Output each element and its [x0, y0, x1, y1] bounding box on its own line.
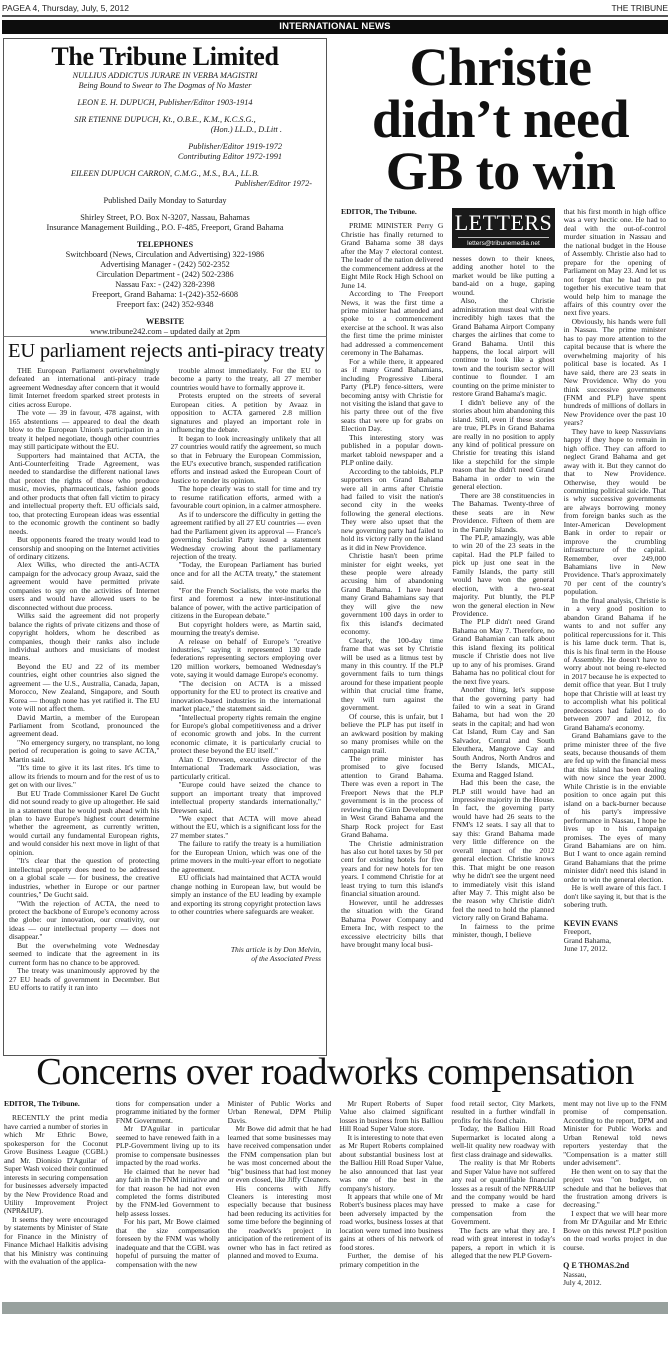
concerns-headline: Concerns over roadworks compensation [0, 1052, 670, 1092]
paragraph: RECENTLY the print media have carried a … [4, 1114, 108, 1215]
paragraph: ment may not live up to the FNM promise … [563, 1100, 667, 1168]
paragraph: But opponents feared the treaty would le… [9, 536, 160, 561]
christie-letter: Christie didn’t need GB to win EDITOR, T… [333, 38, 668, 1048]
paragraph: Christie hasn't been prime minister for … [341, 552, 443, 637]
paragraph: I didn't believe any of the stories abou… [452, 399, 554, 492]
paragraph: He claimed that he never had any faith i… [116, 1168, 220, 1219]
paragraph: But EU Trade Commissioner Karel De Gucht… [9, 790, 160, 858]
telephone-line: Nassau Fax: - (242) 328-2398 [4, 280, 326, 290]
paragraph: Of course, this is unfair, but I believe… [341, 713, 443, 755]
paragraph: Wilks said the agreement did not properl… [9, 612, 160, 663]
letters-email-link[interactable]: letters@tribunemedia.net [454, 240, 552, 248]
paragraph: THE European Parliament overwhelmingly d… [9, 367, 160, 409]
telephone-line: Switchboard (News, Circulation and Adver… [4, 250, 326, 260]
folio-publication: THE TRIBUNE [611, 3, 668, 13]
christie-column-2: LETTERS letters@tribunemedia.net nesses … [452, 208, 554, 1048]
paragraph: The treaty was unanimously approved by t… [9, 967, 160, 992]
paragraph: Protests erupted on the streets of sever… [171, 392, 322, 434]
eu-story-column-1: THE European Parliament overwhelmingly d… [9, 367, 160, 1051]
paragraph: Today, the Balliou Hill Road Supermarket… [451, 1125, 555, 1159]
paragraph: The failure to ratify the treaty is a hu… [171, 840, 322, 874]
etienne-line-4: Contributing Editor 1972-1991 [4, 152, 326, 162]
concerns-column-6: ment may not live up to the FNM promise … [563, 1100, 667, 1292]
paragraph: In the final analysis, Christie is in a … [564, 597, 666, 732]
paragraph: His concerns with Jiffy Cleaners is inte… [228, 1185, 332, 1261]
concerns-letter: Concerns over roadworks compensation EDI… [0, 1052, 670, 1292]
paragraph: "Europe could have seized the chance to … [171, 781, 322, 815]
paragraph: Further, the demise of his primary compe… [339, 1252, 443, 1269]
paragraph: nesses down to their knees, adding anoth… [452, 255, 554, 297]
paragraph: "For the French Socialists, the vote mar… [171, 587, 322, 621]
signature-date: July 4, 2012. [563, 1279, 667, 1287]
paragraph: Mr D'Aguilar in particular seemed to hav… [116, 1125, 220, 1167]
founder-line: LEON E. H. DUPUCH, Publisher/Editor 1903… [4, 98, 326, 108]
masthead-title: The Tribune Limited [4, 43, 326, 71]
folio-divider [2, 15, 668, 17]
paragraph: "It's time to give it its last rites. It… [9, 764, 160, 789]
paragraph: "We expect that ACTA will move ahead wit… [171, 815, 322, 840]
paragraph: trouble almost immediately. For the EU t… [171, 367, 322, 392]
paragraph: The hope clearly was to stall for time a… [171, 485, 322, 510]
letters-logo: LETTERS letters@tribunemedia.net [452, 208, 554, 248]
paragraph: The PLP didn't need Grand Bahama on May … [452, 618, 554, 686]
paragraph: The prime minister has promised to give … [341, 755, 443, 840]
address-freeport: Insurance Management Building., P.O. F-4… [4, 223, 326, 233]
paragraph: This interesting story was published in … [341, 434, 443, 468]
paragraph: The Christie administration has also cut… [341, 840, 443, 899]
concerns-column-3: Minister of Public Works and Urban Renew… [228, 1100, 332, 1292]
christie-column-1: EDITOR, The Tribune. PRIME MINISTER Perr… [341, 208, 443, 1048]
eileen-line-2: Publisher/Editor 1972- [4, 179, 326, 189]
headline-line: GB to win [333, 145, 668, 197]
paragraph: Grand Bahamians gave to the prime minist… [564, 732, 666, 884]
paragraph: They have to keep Nassuvians happy if th… [564, 428, 666, 597]
paragraph: A release on behalf of Europe's "creativ… [171, 638, 322, 680]
paragraph: Mr Bowe did admit that he had learned th… [228, 1125, 332, 1184]
paragraph: It is interesting to note that even as M… [339, 1134, 443, 1193]
eu-story-box: EU parliament rejects anti-piracy treaty… [3, 336, 327, 1056]
paragraph: EU officials had maintained that ACTA wo… [171, 874, 322, 916]
eu-story-headline: EU parliament rejects anti-piracy treaty [4, 337, 326, 363]
paragraph: It seems they were encouraged by stateme… [4, 1216, 108, 1267]
paragraph: PRIME MINISTER Perry G Christie has fina… [341, 222, 443, 290]
paragraph: As if to underscore the difficulty in ge… [171, 511, 322, 562]
paragraph: food retail sector, City Markets, result… [451, 1100, 555, 1125]
footer-bar [2, 1302, 668, 1314]
paragraph: For his part, Mr Bowe claimed that the s… [116, 1218, 220, 1269]
concerns-column-4: Mr Rupert Roberts of Super Value also cl… [339, 1100, 443, 1292]
telephone-line: Circulation Department - (242) 502-2386 [4, 270, 326, 280]
paragraph: David Martin, a member of the European P… [9, 714, 160, 739]
paragraph: "The decision on ACTA is a missed opport… [171, 680, 322, 714]
concerns-column-1: EDITOR, The Tribune. RECENTLY the print … [4, 1100, 108, 1292]
paragraph: He is well aware of this fact. I don't l… [564, 884, 666, 909]
paragraph: Clearly, the 100-day time frame that was… [341, 637, 443, 713]
paragraph: According to The Freeport News, it was t… [341, 290, 443, 358]
paragraph: Mr Rupert Roberts of Super Value also cl… [339, 1100, 443, 1134]
concerns-column-5: food retail sector, City Markets, result… [451, 1100, 555, 1292]
etienne-line-3: Publisher/Editor 1919-1972 [4, 142, 326, 152]
paragraph: tions for compensation under a programme… [116, 1100, 220, 1125]
paragraph: Had this been the case, the PLP still wo… [452, 779, 554, 923]
paragraph: The vote — 39 in favour, 478 against, wi… [9, 409, 160, 451]
telephone-line: Advertising Manager - (242) 502-2352 [4, 260, 326, 270]
paragraph: It appears that while one of Mr Robert's… [339, 1193, 443, 1252]
paragraph: But copyright holders were, as Martin sa… [171, 621, 322, 638]
paragraph: Also, the Christie administration must d… [452, 297, 554, 398]
editor-salutation: EDITOR, The Tribune. [341, 208, 443, 216]
motto-english: Being Bound to Swear to The Dogmas of No… [4, 81, 326, 91]
paragraph: Supporters had maintained that ACTA, the… [9, 452, 160, 537]
paragraph: In fairness to the prime minister, thoug… [452, 923, 554, 940]
page-folio: PAGEA 4, Thursday, July, 5, 2012 THE TRI… [2, 2, 668, 14]
paragraph: "No emergency surgery, no transplant, no… [9, 739, 160, 764]
paragraph: The PLP, amazingly, was able to win 20 o… [452, 534, 554, 619]
paragraph: Alan C Drewsen, executive director of th… [171, 756, 322, 781]
concerns-column-2: tions for compensation under a programme… [116, 1100, 220, 1292]
paragraph: "With the rejection of ACTA, the need to… [9, 900, 160, 942]
christie-column-3: that his first month in high office was … [564, 208, 666, 1048]
folio-page-date: PAGEA 4, Thursday, July, 5, 2012 [2, 3, 129, 13]
paragraph: I expect that we will hear more from Mr … [563, 1210, 667, 1252]
paragraph: "Intellectual property rights remain the… [171, 714, 322, 756]
paragraph: "It's clear that the question of protect… [9, 857, 160, 899]
signature-date: June 17, 2012. [564, 945, 666, 953]
paragraph: The reality is that Mr Roberts and Super… [451, 1159, 555, 1227]
paragraph: Alex Wilks, who directed the anti-ACTA c… [9, 561, 160, 612]
paragraph: But the overwhelming vote Wednesday seem… [9, 942, 160, 967]
motto-latin: NULLIUS ADDICTUS JURARE IN VERBA MAGISTR… [4, 71, 326, 81]
address-nassau: Shirley Street, P.O. Box N-3207, Nassau,… [4, 213, 326, 223]
published-line: Published Daily Monday to Saturday [4, 196, 326, 206]
headline-line: didn’t need [333, 93, 668, 145]
section-banner: INTERNATIONAL NEWS [2, 20, 668, 34]
paragraph: Minister of Public Works and Urban Renew… [228, 1100, 332, 1125]
eileen-line-1: EILEEN DUPUCH CARRON, C.M.G., M.S., B.A.… [4, 169, 326, 179]
article-byline-2: of the Associated Press [171, 955, 322, 963]
masthead-box: The Tribune Limited NULLIUS ADDICTUS JUR… [3, 38, 327, 336]
telephone-line: Freeport, Grand Bahama: 1-(242)-352-6608 [4, 290, 326, 300]
paragraph: It began to look increasingly unlikely t… [171, 435, 322, 486]
eu-story-column-2: trouble almost immediately. For the EU t… [171, 367, 322, 1051]
paragraph: "Today, the European Parliament has buri… [171, 561, 322, 586]
paragraph: He then went on to say that the project … [563, 1168, 667, 1210]
telephones-heading: TELEPHONES [4, 240, 326, 250]
website-heading: WEBSITE [4, 317, 326, 327]
paragraph: Obviously, his hands were full in Nassau… [564, 318, 666, 428]
paragraph: For a while there, it appeared as if man… [341, 358, 443, 434]
paragraph: that his first month in high office was … [564, 208, 666, 318]
paragraph: However, until he addresses the situatio… [341, 899, 443, 950]
paragraph: There are 38 constituencies in The Baham… [452, 492, 554, 534]
paragraph: According to the tabloids, PLP supporter… [341, 468, 443, 553]
editor-salutation: EDITOR, The Tribune. [4, 1100, 108, 1108]
etienne-line-1: SIR ETIENNE DUPUCH, Kt., O.B.E., K.M., K… [4, 115, 326, 125]
christie-headline: Christie didn’t need GB to win [333, 38, 668, 197]
paragraph: The facts are what they are. I read with… [451, 1227, 555, 1261]
headline-line: Christie [333, 41, 668, 93]
paragraph: Another thing, let's suppose that the go… [452, 686, 554, 779]
telephone-line: Freeport fax: (242) 352-9348 [4, 300, 326, 310]
letters-logo-title: LETTERS [454, 212, 552, 234]
etienne-line-2: (Hon.) LL.D., D.Litt . [4, 125, 326, 135]
paragraph: Beyond the EU and 22 of its member count… [9, 663, 160, 714]
